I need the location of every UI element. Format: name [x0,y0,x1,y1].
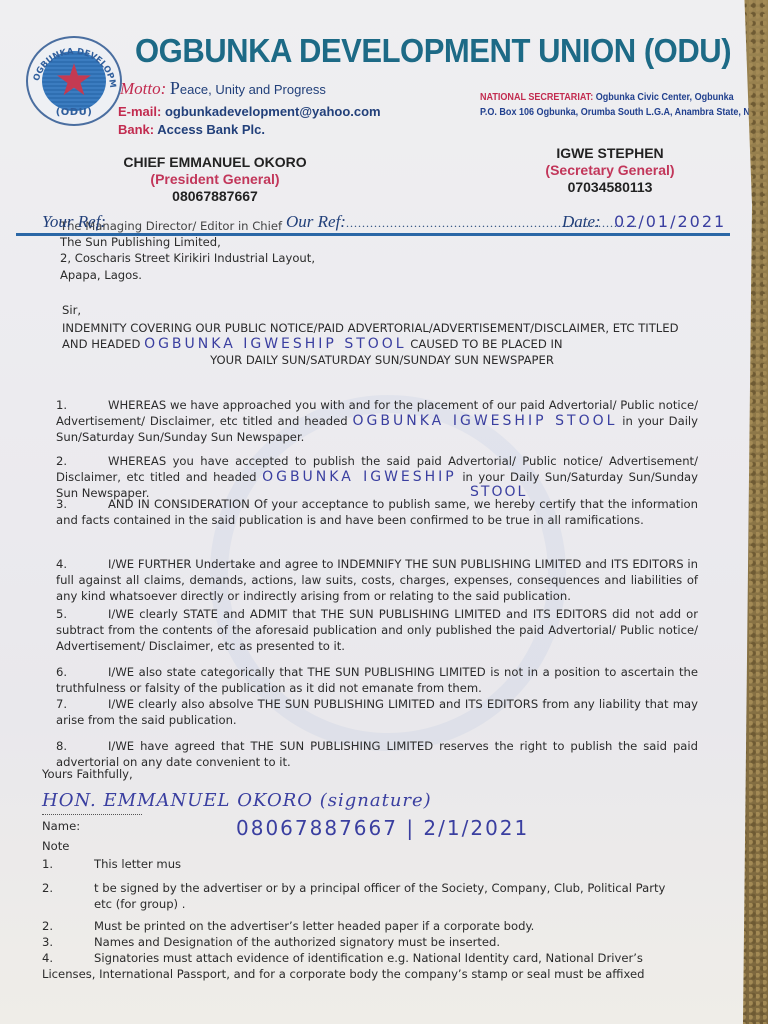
letter-page: OGBUNKA DEVELOPMENT UNION ★ (ODU) OGBUNK… [0,0,752,1024]
clause-2-handwritten: OGBUNKA IGWESHIP [262,469,457,485]
secretariat-line1: Ogbunka Civic Center, Ogbunka [596,91,734,103]
email-address: ogbunkadevelopment@yahoo.com [165,104,381,119]
svg-text:OGBUNKA DEVELOPMENT UNION: OGBUNKA DEVELOPMENT UNION [28,38,117,88]
note-item: 2.t be signed by the advertiser or by a … [42,880,702,912]
subject-heading: INDEMNITY COVERING OUR PUBLIC NOTICE/PAI… [62,320,702,369]
closing: Yours Faithfully, [42,766,133,782]
note-item: 3.Names and Designation of the authorize… [42,934,702,950]
our-ref-label: Our Ref: [286,212,346,231]
clause-1: 1.WHEREAS we have approached you with an… [56,397,698,446]
secretary-block: IGWE STEPHEN (Secretary General) 0703458… [530,145,690,196]
logo-abbreviation: (ODU) [28,107,120,118]
email-label: E-mail: [118,104,161,119]
clause-4: 4.I/WE FURTHER Undertake and agree to IN… [56,556,698,605]
secretariat-address: NATIONAL SECRETARIAT: Ogbunka Civic Cent… [480,90,768,120]
org-name: OGBUNKA DEVELOPMENT UNION (ODU) [135,32,731,70]
clause-6: 6.I/WE also state categorically that THE… [56,664,698,696]
subject-handwritten: OGBUNKA IGWESHIP STOOL [144,336,407,352]
clause-2: 2.WHEREAS you have accepted to publish t… [56,453,698,502]
handwritten-signature: HON. EMMANUEL OKORO (signature) [42,790,432,811]
clause-7: 7.I/WE clearly also absolve THE SUN PUBL… [56,696,698,728]
subject-part2: CAUSED TO BE PLACED IN [410,337,562,351]
salutation: Sir, [62,302,81,318]
president-block: CHIEF EMMANUEL OKORO (President General)… [110,154,320,205]
note-item: 2.Must be printed on the advertiser’s le… [42,918,702,934]
email-line: E-mail: ogbunkadevelopment@yahoo.com [118,104,381,119]
clause-1-handwritten: OGBUNKA IGWESHIP STOOL [353,413,618,429]
clause-5: 5.I/WE clearly STATE and ADMIT that THE … [56,606,698,655]
letterhead-divider [16,233,730,236]
motto-text: eace, Unity and Progress [180,82,326,97]
recipient-line3: 2, Coscharis Street Kirikiri Industrial … [60,250,315,266]
motto-label: Motto: [120,79,166,98]
recipient-line4: Apapa, Lagos. [60,267,315,283]
recipient-line2: The Sun Publishing Limited, [60,234,315,250]
president-role: (President General) [110,171,320,188]
date-value: 02/01/2021 [614,212,726,231]
signature-phone-date: 08067887667 | 2/1/2021 [236,816,529,840]
bank-label: Bank: [118,122,154,137]
motto: Motto: Peace, Unity and Progress [120,78,326,99]
name-label: Name: [42,818,80,834]
secretariat-line2: P.O. Box 106 Ogbunka, Orumba South L.G.A… [480,105,768,120]
secretary-name: IGWE STEPHEN [530,145,690,162]
note-item: 1.This letter mus [42,856,702,872]
secretariat-label: NATIONAL SECRETARIAT: [480,91,593,103]
signature-line [42,814,142,815]
secretary-role: (Secretary General) [530,162,690,179]
subject-part3: YOUR DAILY SUN/SATURDAY SUN/SUNDAY SUN N… [62,352,702,368]
president-name: CHIEF EMMANUEL OKORO [110,154,320,171]
clause-3: 3.AND IN CONSIDERATION Of your acceptanc… [56,496,698,528]
motto-cap: P [170,78,180,98]
bank-line: Bank: Access Bank Plc. [118,122,265,137]
president-phone: 08067887667 [110,188,320,205]
note-label: Note [42,838,69,854]
org-logo: OGBUNKA DEVELOPMENT UNION ★ (ODU) [26,36,122,126]
note-item: 4.Signatories must attach evidence of id… [42,950,702,982]
secretary-phone: 07034580113 [530,179,690,196]
bank-name: Access Bank Plc. [157,122,265,137]
clause-8: 8.I/WE have agreed that THE SUN PUBLISHI… [56,738,698,770]
